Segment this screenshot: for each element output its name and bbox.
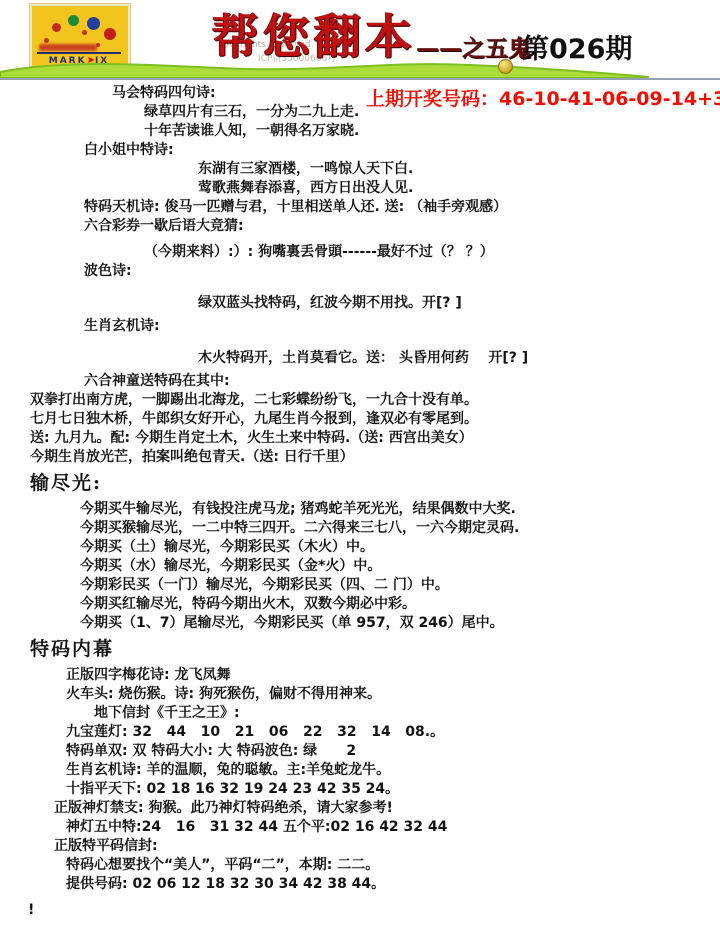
text-line: 送: 九月九。配: 今期生肖定土木，火生土来中特码.（送: 西宫出美女） (0, 429, 720, 448)
text-line: 生肖玄机诗: (0, 317, 720, 336)
text-line: 正版四字梅花诗: 龙飞凤舞 (0, 666, 720, 685)
text-line: 七月七日独木桥，牛郎织女好开心，九尾生肖今报到，逢双必有零尾到。 (0, 410, 720, 429)
text-line: 地下信封《千王之王》: (0, 704, 720, 723)
text-line: 白小姐中特诗: (0, 141, 720, 160)
text-line: 十年苦读谁人知，一朝得名万家晓. (0, 122, 720, 141)
text-line: 特码单双: 双 特码大小: 大 特码波色: 绿 2 (0, 742, 720, 761)
text-line: （今期来料）:）: 狗嘴裏丢骨頭------最好不过（？ ？） (0, 243, 720, 262)
text-line: 莺歌燕舞春添喜，西方日出没人见. (0, 179, 720, 198)
text-line: 今期买（土）输尽光，今期彩民买（木火）中。 (0, 538, 720, 557)
section-heading: 输尽光: (0, 470, 720, 496)
text-line: 神灯五中特:24 16 31 32 44 五个平:02 16 42 32 44 (0, 818, 720, 837)
text-line: 绿双蓝头找特码，红波今期不用找。开[? ] (0, 294, 720, 313)
text-line: 特码天机诗: 俊马一匹赠与君，十里相送单人还. 送: （袖手旁观感） (0, 198, 720, 217)
text-line: 六合彩券一歇后语大竞猜: (0, 217, 720, 236)
text-line: ! (0, 901, 720, 920)
text-line: 今期买（1、7）尾输尽光，今期彩民买（单 957，双 246）尾中。 (0, 614, 720, 633)
text-line: 生肖玄机诗: 羊的温顺，兔的聪敏。主:羊兔蛇龙牛。 (0, 761, 720, 780)
text-line: 十指平天下: 02 18 16 32 19 24 23 42 35 24。 (0, 780, 720, 799)
page-title-suffix: ——之五鬼 (416, 30, 531, 63)
header: MARK➤IX All rights Reserved. ICP备3500066… (0, 0, 720, 84)
content: 马会特码四句诗:绿草四片有三石，一分为二九上走.十年苦读谁人知，一朝得名万家晓.… (0, 84, 720, 920)
last-draw-numbers: 上期开奖号码：46-10-41-06-09-14+37 (366, 84, 720, 111)
text-line: 九宝莲灯: 32 44 10 21 06 22 32 14 08.。 (0, 723, 720, 742)
ball-icon (498, 59, 513, 74)
issue-number: 第026期 (522, 27, 632, 66)
text-line: 今期买牛输尽光，有钱投注虎马龙; 猪鸡蛇羊死光光，结果偶数中大奖. (0, 500, 720, 519)
header-divider (0, 78, 720, 80)
text-line: 特码心想要找个“美人”，平码“二”，本期: 二二。 (0, 856, 720, 875)
text-line: 东湖有三家酒楼，一鸣惊人天下白. (0, 160, 720, 179)
page: MARK➤IX All rights Reserved. ICP备3500066… (0, 0, 720, 935)
text-line: 双拳打出南方虎，一脚踢出北海龙，二七彩蝶纷纷飞，一九合十没有单。 (0, 391, 720, 410)
page-title: 帮您翻本 (212, 0, 416, 67)
logo-red-text-blur (39, 44, 97, 51)
text-line: 正版神灯禁支: 狗猴。此乃神灯特码绝杀，请大家参考! (0, 799, 720, 818)
text-line: 提供号码: 02 06 12 18 32 30 34 42 38 44。 (0, 875, 720, 894)
text-line: 火车头: 烧伤猴。诗: 狗死猴伤，偏财不得用神来。 (0, 685, 720, 704)
text-line: 正版特平码信封: (0, 837, 720, 856)
text-line: 今期买猴输尽光，一二中特三四开。二六得来三七八，一六今期定灵码. (0, 519, 720, 538)
text-line: 今期买（水）输尽光，今期彩民买（金*火）中。 (0, 557, 720, 576)
text-line: 六合神童送特码在其中: (0, 372, 720, 391)
section-heading: 特码内幕 (0, 636, 720, 662)
text-line: 木火特码开，土肖莫看它。送： 头昏用何药 开[? ] (0, 349, 720, 368)
text-line: 波色诗: (0, 262, 720, 281)
text-line: 今期生肖放光芒，拍案叫绝包青天.（送: 日行千里） (0, 448, 720, 467)
text-line: 今期买红输尽光，特码今期出火木，双数今期必中彩。 (0, 595, 720, 614)
text-line: 今期彩民买（一门）输尽光，今期彩民买（四、二 门）中。 (0, 576, 720, 595)
